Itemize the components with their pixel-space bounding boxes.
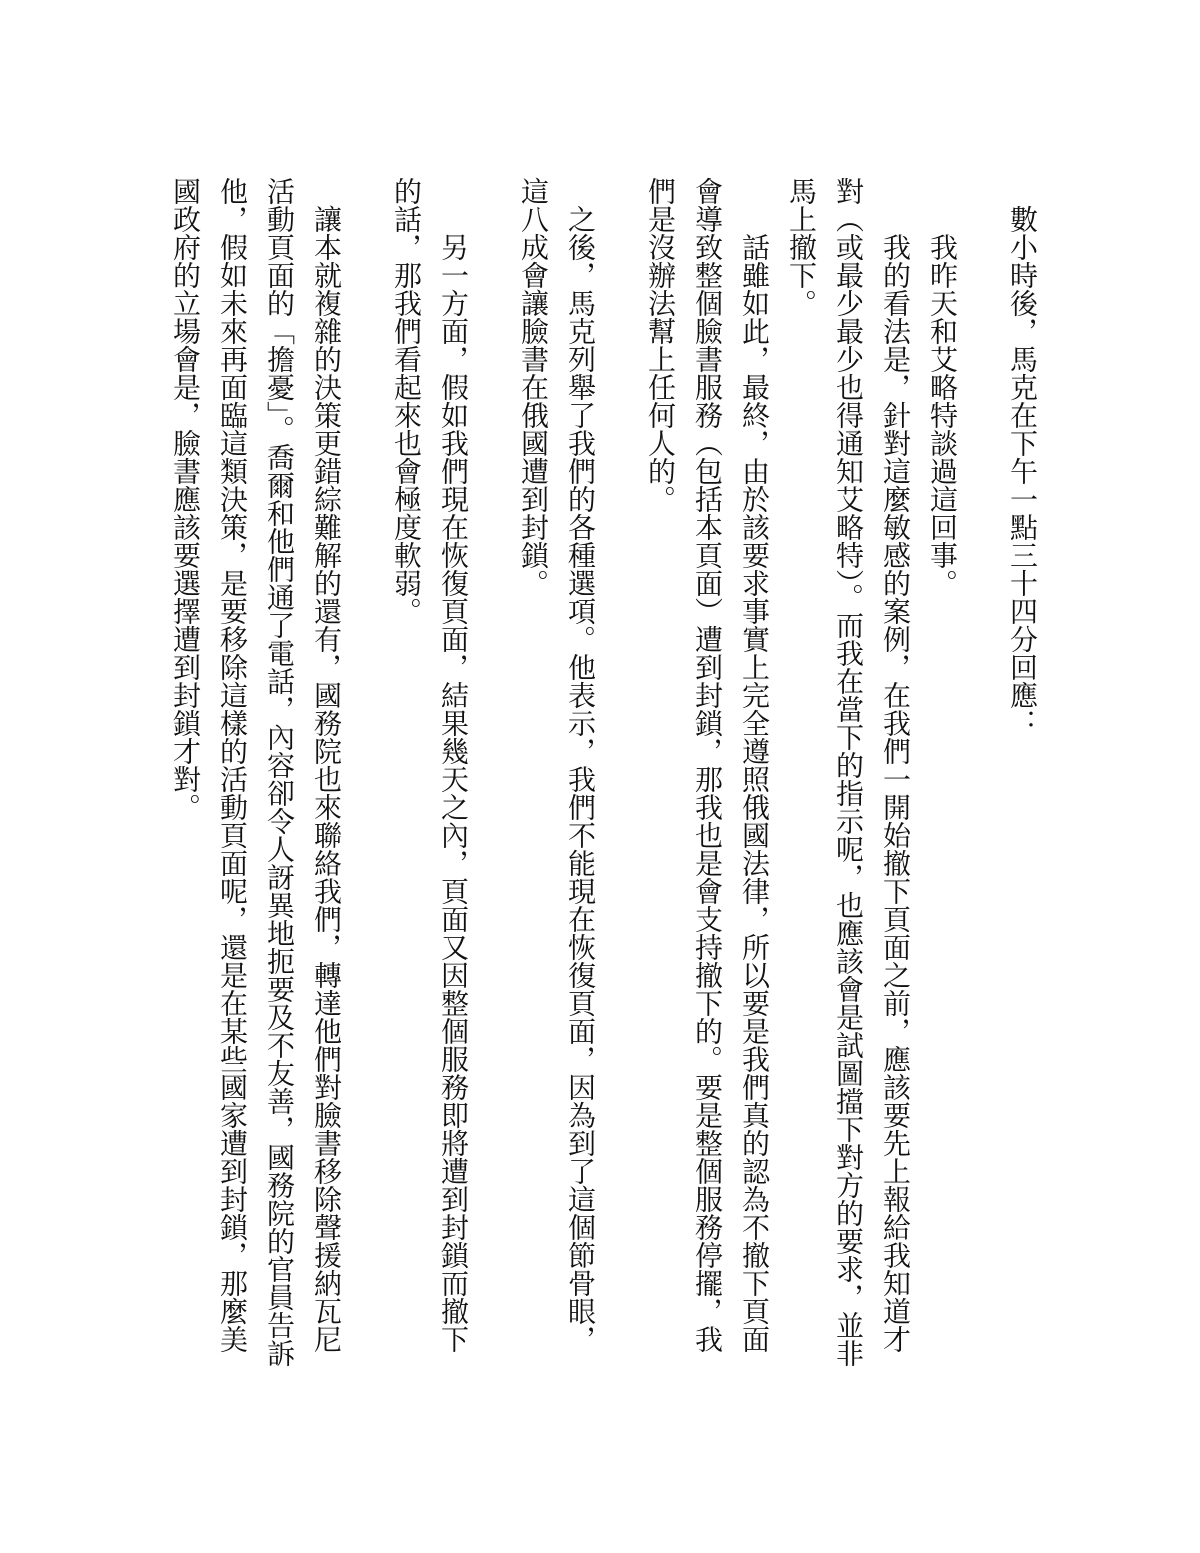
paragraph-quote-3: 話雖如此，最終，由於該要求事實上完全遵照俄國法律，所以要是我們真的認為不撤下頁面… [637,177,778,1367]
book-page: 數小時後，馬克在下午一點三十四分回應： 我昨天和艾略特談過這回事。 我的看法是，… [0,0,1200,1553]
paragraph-narration-2: 之後，馬克列舉了我們的各種選項。他表示，我們不能現在恢復頁面，因為到了這個節骨眼… [510,177,604,1367]
paragraph-quote-2: 我的看法是，針對這麼敏感的案例，在我們一開始撤下頁面之前，應該要先上報給我知道才… [778,177,919,1367]
paragraph-quote-4: 另一方面，假如我們現在恢復頁面，結果幾天之內，頁面又因整個服務即將遭到封鎖而撤下… [383,177,477,1367]
paragraph-quote-1: 我昨天和艾略特談過這回事。 [919,177,966,1367]
paragraph-narration-3: 讓本就複雜的決策更錯綜難解的還有，國務院也來聯絡我們，轉達他們對臉書移除聲援納瓦… [162,177,350,1367]
vertical-text-block: 數小時後，馬克在下午一點三十四分回應： 我昨天和艾略特談過這回事。 我的看法是，… [162,177,1046,1367]
paragraph-narration-1: 數小時後，馬克在下午一點三十四分回應： [999,177,1046,1367]
